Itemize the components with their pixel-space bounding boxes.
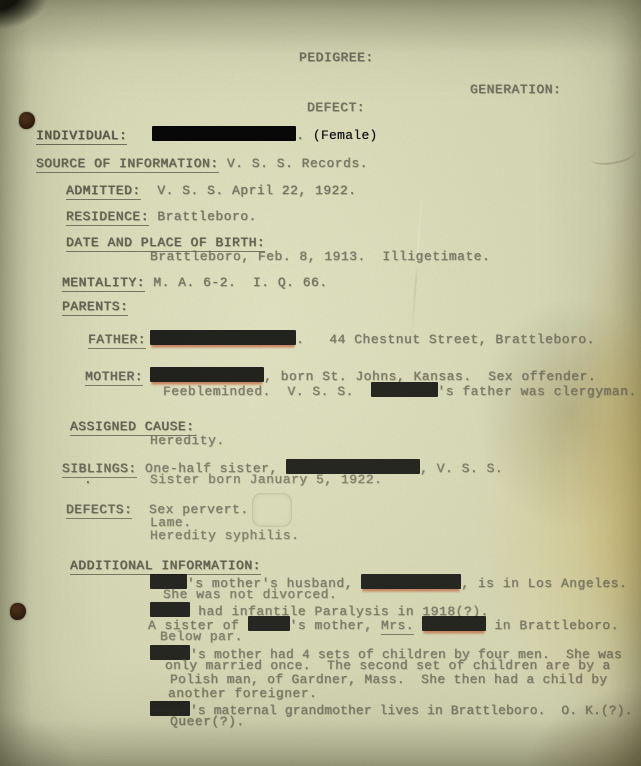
field-label: ADDITIONAL INFORMATION: (70, 559, 261, 575)
text-segment: , is in Los Angeles. (461, 577, 627, 591)
text-segment: . (84, 473, 92, 487)
pencil-mark (589, 142, 637, 168)
female-annotation: (Female) (313, 129, 378, 143)
text-segment (127, 129, 152, 143)
text-segment: GENERATION: (470, 83, 561, 97)
text-segment: Brattleboro. (149, 210, 257, 224)
text-segment: . (296, 129, 313, 143)
redaction-bar (248, 616, 290, 631)
siblings-note-dot: . (84, 473, 92, 487)
paper-crease (410, 182, 424, 347)
additional-line-5: Below par. (160, 630, 243, 644)
redaction-bar (150, 367, 264, 382)
parents-heading: PARENTS: (62, 300, 128, 316)
hole-punch (19, 112, 35, 129)
text-segment: Heredity syphilis. (150, 529, 299, 543)
text-segment: Brattleboro, Feb. 8, 1913. Illigetimate. (150, 250, 490, 264)
text-segment: 's mother, (290, 619, 381, 633)
redaction-bar (422, 616, 486, 631)
field-label: MOTHER: (85, 370, 143, 386)
emboss-stamp-mark (252, 493, 292, 527)
redaction-bar (371, 382, 438, 397)
field-label: SOURCE OF INFORMATION: (36, 157, 219, 173)
field-label: INDIVIDUAL: (36, 129, 127, 145)
redaction-bar (152, 126, 296, 141)
defect-heading: DEFECT: (307, 101, 365, 115)
field-label: DEFECTS: (66, 503, 132, 519)
text-segment: Sister born January 5, 1922. (150, 473, 382, 487)
field-label: FATHER: (88, 333, 146, 349)
field-label: ADMITTED: (66, 184, 141, 200)
father-line: FATHER:. 44 Chestnut Street, Brattleboro… (88, 330, 595, 349)
additional-line-8: Polish man, of Gardner, Mass. She then h… (170, 673, 607, 687)
individual-line: INDIVIDUAL: . (Female) (36, 126, 378, 145)
mother-line-2: Feebleminded. V. S. S. 's father was cle… (163, 382, 637, 399)
additional-line-2: She was not divorced. (163, 588, 337, 602)
field-label: SIBLINGS: (62, 462, 137, 478)
mentality-line: MENTALITY: M. A. 6-2. I. Q. 66. (62, 276, 328, 292)
generation-heading: GENERATION: (470, 83, 561, 97)
text-segment: , V. S. S. (420, 462, 503, 476)
source-line: SOURCE OF INFORMATION: V. S. S. Records. (36, 157, 368, 173)
residence-line: RESIDENCE: Brattleboro. (66, 210, 257, 226)
text-segment: another foreigner. (168, 687, 317, 701)
text-segment: PEDIGREE: (299, 51, 374, 65)
assigned-cause-value: Heredity. (150, 434, 225, 448)
defects-line-3: Heredity syphilis. (150, 529, 299, 543)
admitted-line: ADMITTED: V. S. S. April 22, 1922. (66, 184, 357, 200)
text-segment: Feebleminded. V. S. S. (163, 385, 371, 399)
birth-value: Brattleboro, Feb. 8, 1913. Illigetimate. (150, 250, 490, 264)
hole-punch (10, 603, 26, 620)
additional-line-7: only married once. The second set of chi… (165, 659, 611, 673)
redaction-bar (361, 574, 461, 589)
text-segment: . 44 Chestnut Street, Brattleboro. (296, 333, 595, 347)
pedigree-heading: PEDIGREE: (299, 51, 374, 65)
text-segment: M. A. 6-2. I. Q. 66. (145, 276, 328, 290)
additional-line-9: another foreigner. (168, 687, 317, 701)
text-segment: Queer(?). (170, 715, 245, 729)
text-segment: 's father was clergyman. (438, 385, 637, 399)
text-segment: She was not divorced. (163, 588, 337, 602)
text-segment: in Brattleboro. (486, 619, 619, 633)
scanned-document-page: PEDIGREE:GENERATION:DEFECT:INDIVIDUAL: .… (0, 0, 641, 766)
field-label: MENTALITY: (62, 276, 145, 292)
redaction-bar (150, 330, 296, 345)
text-segment: only married once. The second set of chi… (165, 659, 611, 673)
siblings-line-2: Sister born January 5, 1922. (150, 473, 382, 487)
text-segment: V. S. S. Records. (219, 157, 368, 171)
additional-heading: ADDITIONAL INFORMATION: (70, 559, 261, 575)
text-segment: Below par. (160, 630, 243, 644)
text-segment: 's maternal grandmother lives in Brattle… (190, 704, 632, 718)
text-segment: V. S. S. April 22, 1922. (141, 184, 357, 198)
field-label: RESIDENCE: (66, 210, 149, 226)
text-segment: Polish man, of Gardner, Mass. She then h… (170, 673, 607, 687)
field-label: Mrs. (381, 619, 414, 635)
text-segment: DEFECT: (307, 101, 365, 115)
field-label: PARENTS: (62, 300, 128, 316)
text-segment: Heredity. (150, 434, 225, 448)
additional-line-11: Queer(?). (170, 715, 245, 729)
redaction-bar (150, 602, 190, 617)
